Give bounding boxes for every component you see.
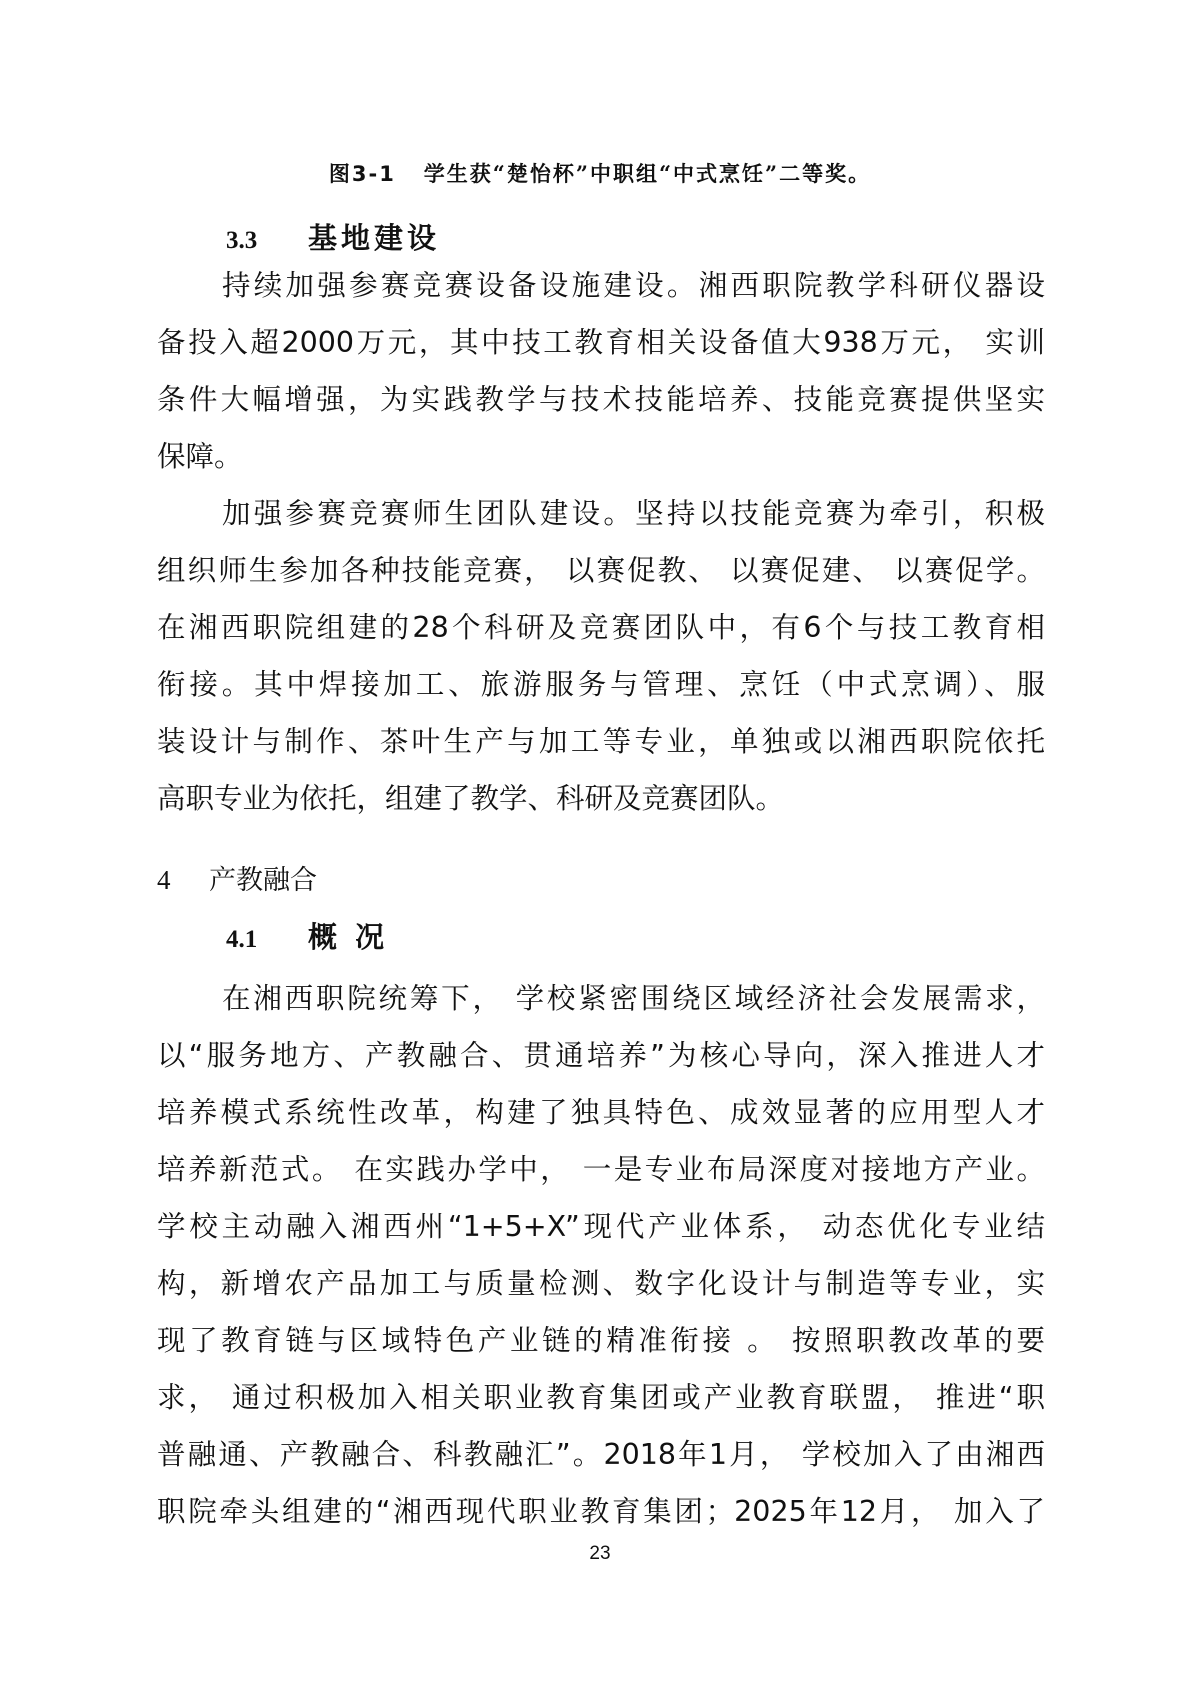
- text-line: 职院牵头组建的“湘西现代职业教育集团；2025年12月， 加入了: [157, 1492, 1045, 1532]
- text-line: 装设计与制作、茶叶生产与加工等专业，单独或以湘西职院依托: [157, 722, 1045, 762]
- figure-caption-number: 3-1: [352, 162, 396, 186]
- figure-caption: 图3-1 学生获“楚怡杯”中职组“中式烹饪”二等奖。: [0, 158, 1200, 188]
- section-title: 产教融合: [209, 865, 317, 896]
- text-line: 持续加强参赛竞赛设备设施建设。湘西职院教学科研仪器设: [222, 266, 1045, 306]
- text-line: 备投入超2000万元，其中技工教育相关设备值大938万元， 实训: [157, 323, 1045, 363]
- text-line: 加强参赛竞赛师生团队建设。坚持以技能竞赛为牵引，积极: [222, 494, 1045, 534]
- section-heading-4: 4产教融合: [157, 858, 317, 897]
- text-line: 在湘西职院组建的28个科研及竞赛团队中，有6个与技工教育相: [157, 608, 1045, 648]
- text-line: 求， 通过积极加入相关职业教育集团或产业教育联盟， 推进“职: [157, 1378, 1045, 1418]
- text-line: 以“服务地方、产教融合、贯通培养”为核心导向，深入推进人才: [157, 1036, 1045, 1076]
- text-line: 普融通、产教融合、科教融汇”。2018年1月， 学校加入了由湘西: [157, 1435, 1045, 1475]
- figure-caption-prefix: 图: [329, 161, 352, 186]
- text-line: 培养模式系统性改革，构建了独具特色、成效显著的应用型人才: [157, 1093, 1045, 1133]
- document-page: 图3-1 学生获“楚怡杯”中职组“中式烹饪”二等奖。 3.3基地建设 持续加强参…: [0, 0, 1200, 1698]
- page-number: 23: [0, 1543, 1200, 1565]
- text-line: 条件大幅增强，为实践教学与技术技能培养、技能竞赛提供坚实: [157, 380, 1045, 420]
- section-heading-3-3: 3.3基地建设: [226, 216, 440, 257]
- figure-caption-text: 学生获“楚怡杯”中职组“中式烹饪”二等奖。: [424, 161, 871, 186]
- section-number: 3.3: [226, 227, 308, 255]
- section-title: 基地建设: [308, 221, 440, 255]
- section-number: 4: [157, 865, 209, 896]
- text-line: 学校主动融入湘西州“1+5+X”现代产业体系， 动态优化专业结: [157, 1207, 1045, 1247]
- text-line: 衔接。其中焊接加工、旅游服务与管理、烹饪（中式烹调）、服: [157, 665, 1045, 705]
- text-line: 保障。: [157, 437, 1045, 477]
- text-line: 培养新范式。 在实践办学中， 一是专业布局深度对接地方产业。: [157, 1150, 1045, 1190]
- section-title: 概 况: [308, 920, 388, 954]
- section-heading-4-1: 4.1概 况: [226, 915, 388, 956]
- text-line: 构，新增农产品加工与质量检测、数字化设计与制造等专业，实: [157, 1264, 1045, 1304]
- text-line: 组织师生参加各种技能竞赛， 以赛促教、 以赛促建、 以赛促学。: [157, 551, 1045, 591]
- text-line: 现了教育链与区域特色产业链的精准衔接 。 按照职教改革的要: [157, 1321, 1045, 1361]
- section-number: 4.1: [226, 926, 308, 954]
- text-line: 在湘西职院统筹下， 学校紧密围绕区域经济社会发展需求，: [222, 979, 1045, 1019]
- text-line: 高职专业为依托，组建了教学、科研及竞赛团队。: [157, 779, 1045, 819]
